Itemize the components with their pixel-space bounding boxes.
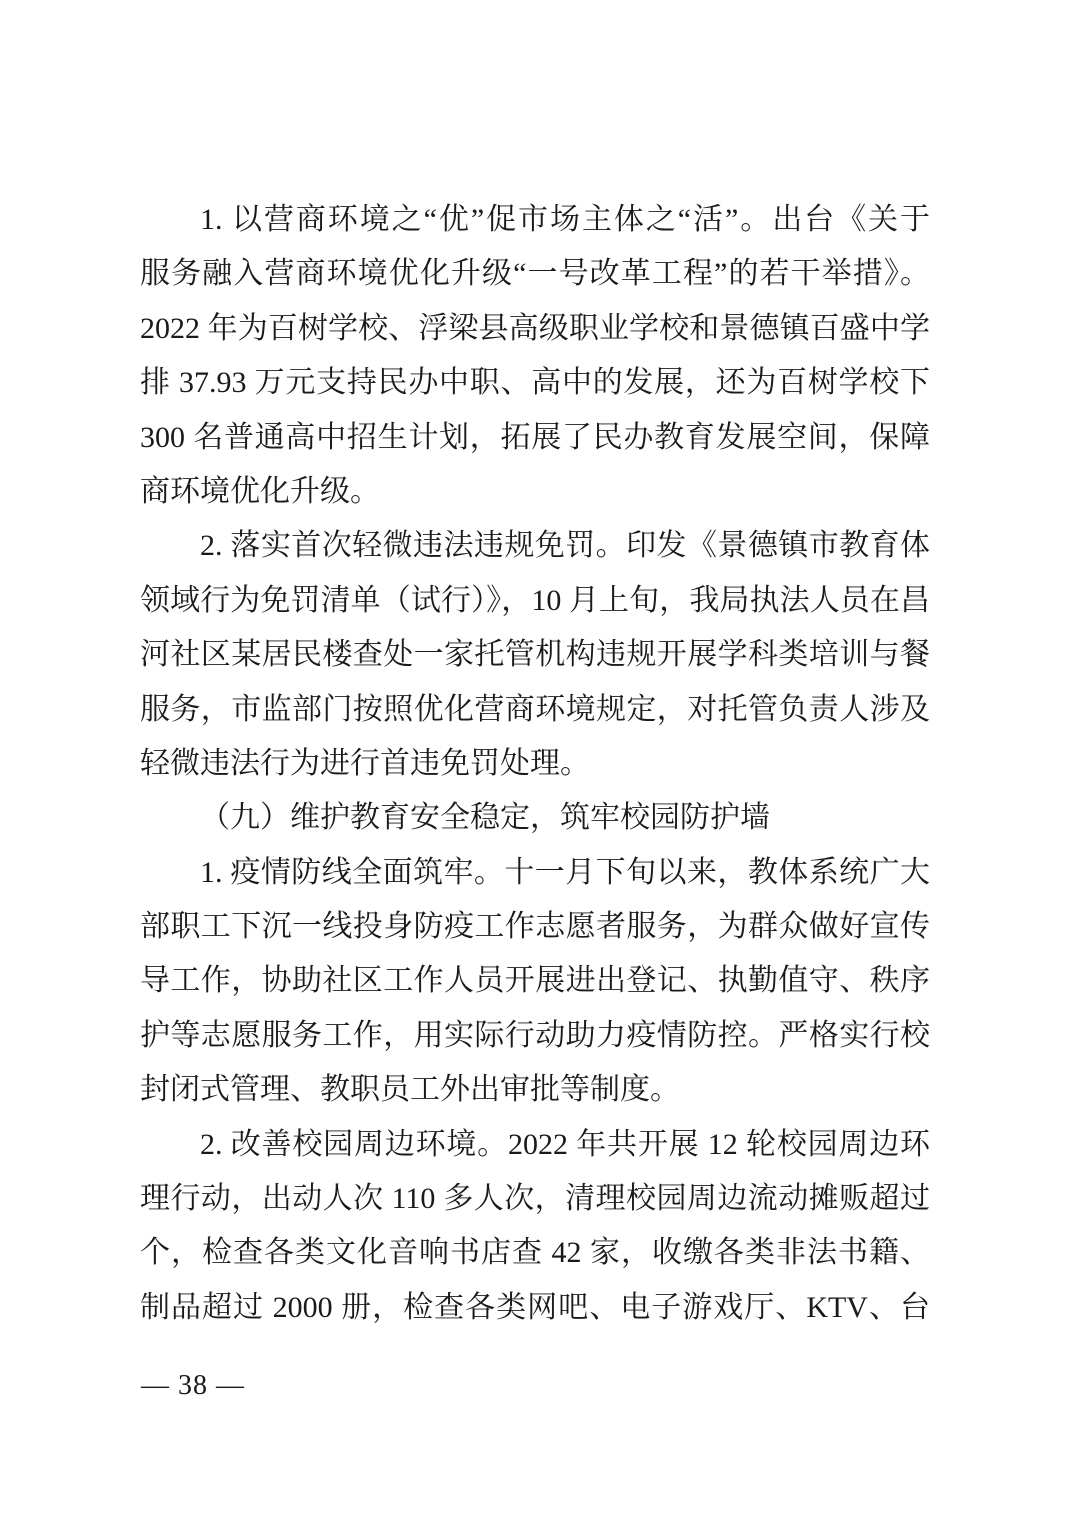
para-pandemic-defense-line-2: 部职工下沉一线投身防疫工作志愿者服务，为群众做好宣传引 <box>140 900 930 954</box>
para-pandemic-defense-line-4: 护等志愿服务工作，用实际行动助力疫情防控。严格实行校园 <box>140 1009 930 1063</box>
para-business-environment-line-6: 商环境优化升级。 <box>140 465 930 519</box>
document-body: 1. 以营商环境之“优”促市场主体之“活”。出台《关于服务融入营商环境优化升级“… <box>140 193 930 1335</box>
para-campus-surroundings-line-2: 理行动，出动人次 110 多人次，清理校园周边流动摊贩超过 200 <box>140 1172 930 1226</box>
para-first-violation-exemption-line-4: 服务，市监部门按照优化营商环境规定，对托管负责人涉及的 <box>140 683 930 737</box>
para-business-environment-line-1: 1. 以营商环境之“优”促市场主体之“活”。出台《关于 <box>140 193 930 247</box>
para-business-environment-line-2: 服务融入营商环境优化升级“一号改革工程”的若干举措》。 <box>140 247 930 301</box>
para-first-violation-exemption-line-3: 河社区某居民楼查处一家托管机构违规开展学科类培训与餐饮 <box>140 628 930 682</box>
para-business-environment-line-4: 排 37.93 万元支持民办中职、高中的发展，还为百树学校下达 <box>140 356 930 410</box>
para-pandemic-defense-line-1: 1. 疫情防线全面筑牢。十一月下旬以来，教体系统广大干 <box>140 846 930 900</box>
page-footer: — 38 — <box>141 1370 245 1402</box>
para-business-environment-line-5: 300 名普通高中招生计划，拓展了民办教育发展空间，保障了营 <box>140 411 930 465</box>
para-first-violation-exemption-line-2: 领域行为免罚清单（试行）》，10 月上旬，我局执法人员在昌 <box>140 574 930 628</box>
heading-section-nine-line-1: （九）维护教育安全稳定，筑牢校园防护墙 <box>140 791 930 845</box>
para-first-violation-exemption-line-5: 轻微违法行为进行首违免罚处理。 <box>140 737 930 791</box>
para-business-environment-line-3: 2022 年为百树学校、浮梁县高级职业学校和景德镇百盛中学安 <box>140 302 930 356</box>
para-first-violation-exemption-line-1: 2. 落实首次轻微违法违规免罚。印发《景德镇市教育体育 <box>140 519 930 573</box>
page: 1. 以营商环境之“优”促市场主体之“活”。出台《关于服务融入营商环境优化升级“… <box>0 0 1074 1520</box>
para-pandemic-defense-line-5: 封闭式管理、教职员工外出审批等制度。 <box>140 1063 930 1117</box>
para-campus-surroundings-line-3: 个，检查各类文化音响书店查 42 家，收缴各类非法书籍、影响 <box>140 1226 930 1280</box>
para-campus-surroundings-line-4: 制品超过 2000 册，检查各类网吧、电子游戏厅、KTV、台球厅 <box>140 1281 930 1335</box>
para-campus-surroundings-line-1: 2. 改善校园周边环境。2022 年共开展 12 轮校园周边环境治 <box>140 1118 930 1172</box>
para-pandemic-defense-line-3: 导工作，协助社区工作人员开展进出登记、执勤值守、秩序维 <box>140 954 930 1008</box>
